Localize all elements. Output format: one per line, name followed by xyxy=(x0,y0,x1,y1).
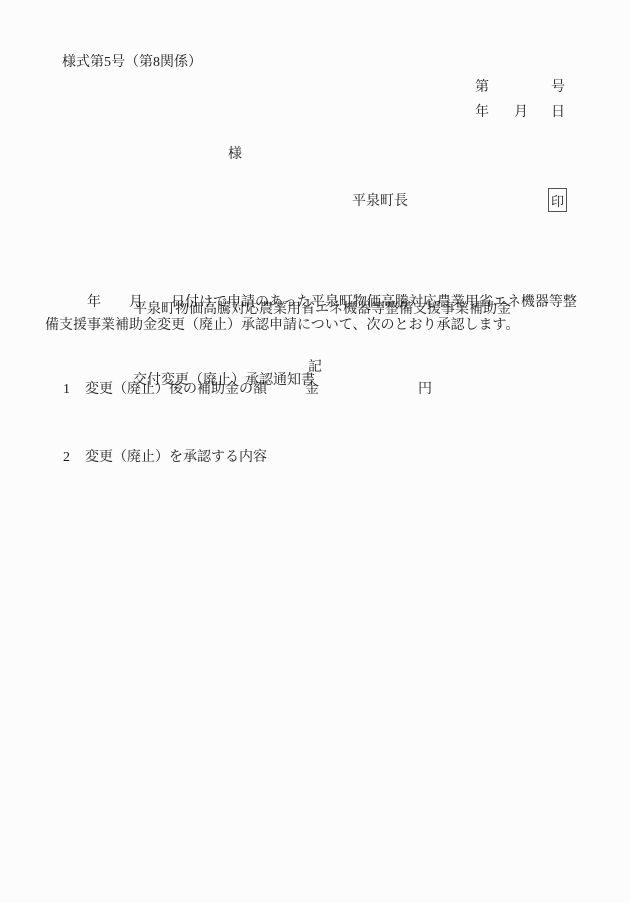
item-1-number: 1 xyxy=(63,381,70,398)
doc-number-suffix: 号 xyxy=(551,79,565,96)
doc-number-prefix: 第 xyxy=(475,79,489,96)
item-2-number: 2 xyxy=(63,449,70,466)
item-1-label: 変更（廃止）後の補助金の額 xyxy=(85,381,267,398)
notice-heading: 記 xyxy=(308,360,322,375)
item-2-label: 変更（廃止）を承認する内容 xyxy=(85,449,267,466)
seal-mark: 印 xyxy=(548,188,567,212)
date-year-label: 年 xyxy=(475,104,489,121)
document-page: 様式第5号（第8関係） 第 号 年 月 日 様 平泉町長 印 平泉町物価高騰対応… xyxy=(0,0,630,903)
addressee-honorific: 様 xyxy=(228,146,242,163)
body-paragraph: 年 月 日付けで申請のあった平泉町物価高騰対応農業用省エネ機器等整備支援事業補助… xyxy=(45,292,586,337)
document-subject: 平泉町物価高騰対応農業用省エネ機器等整備支援事業補助金 交付変更（廃止）承認通知… xyxy=(133,251,511,439)
sender-title: 平泉町長 xyxy=(352,193,408,210)
item-1-amount-suffix: 円 xyxy=(418,381,432,398)
form-number: 様式第5号（第8関係） xyxy=(62,54,202,71)
item-1-amount-prefix: 金 xyxy=(305,381,319,398)
seal-character: 印 xyxy=(551,191,564,210)
date-day-label: 日 xyxy=(551,104,565,121)
date-month-label: 月 xyxy=(514,104,528,121)
